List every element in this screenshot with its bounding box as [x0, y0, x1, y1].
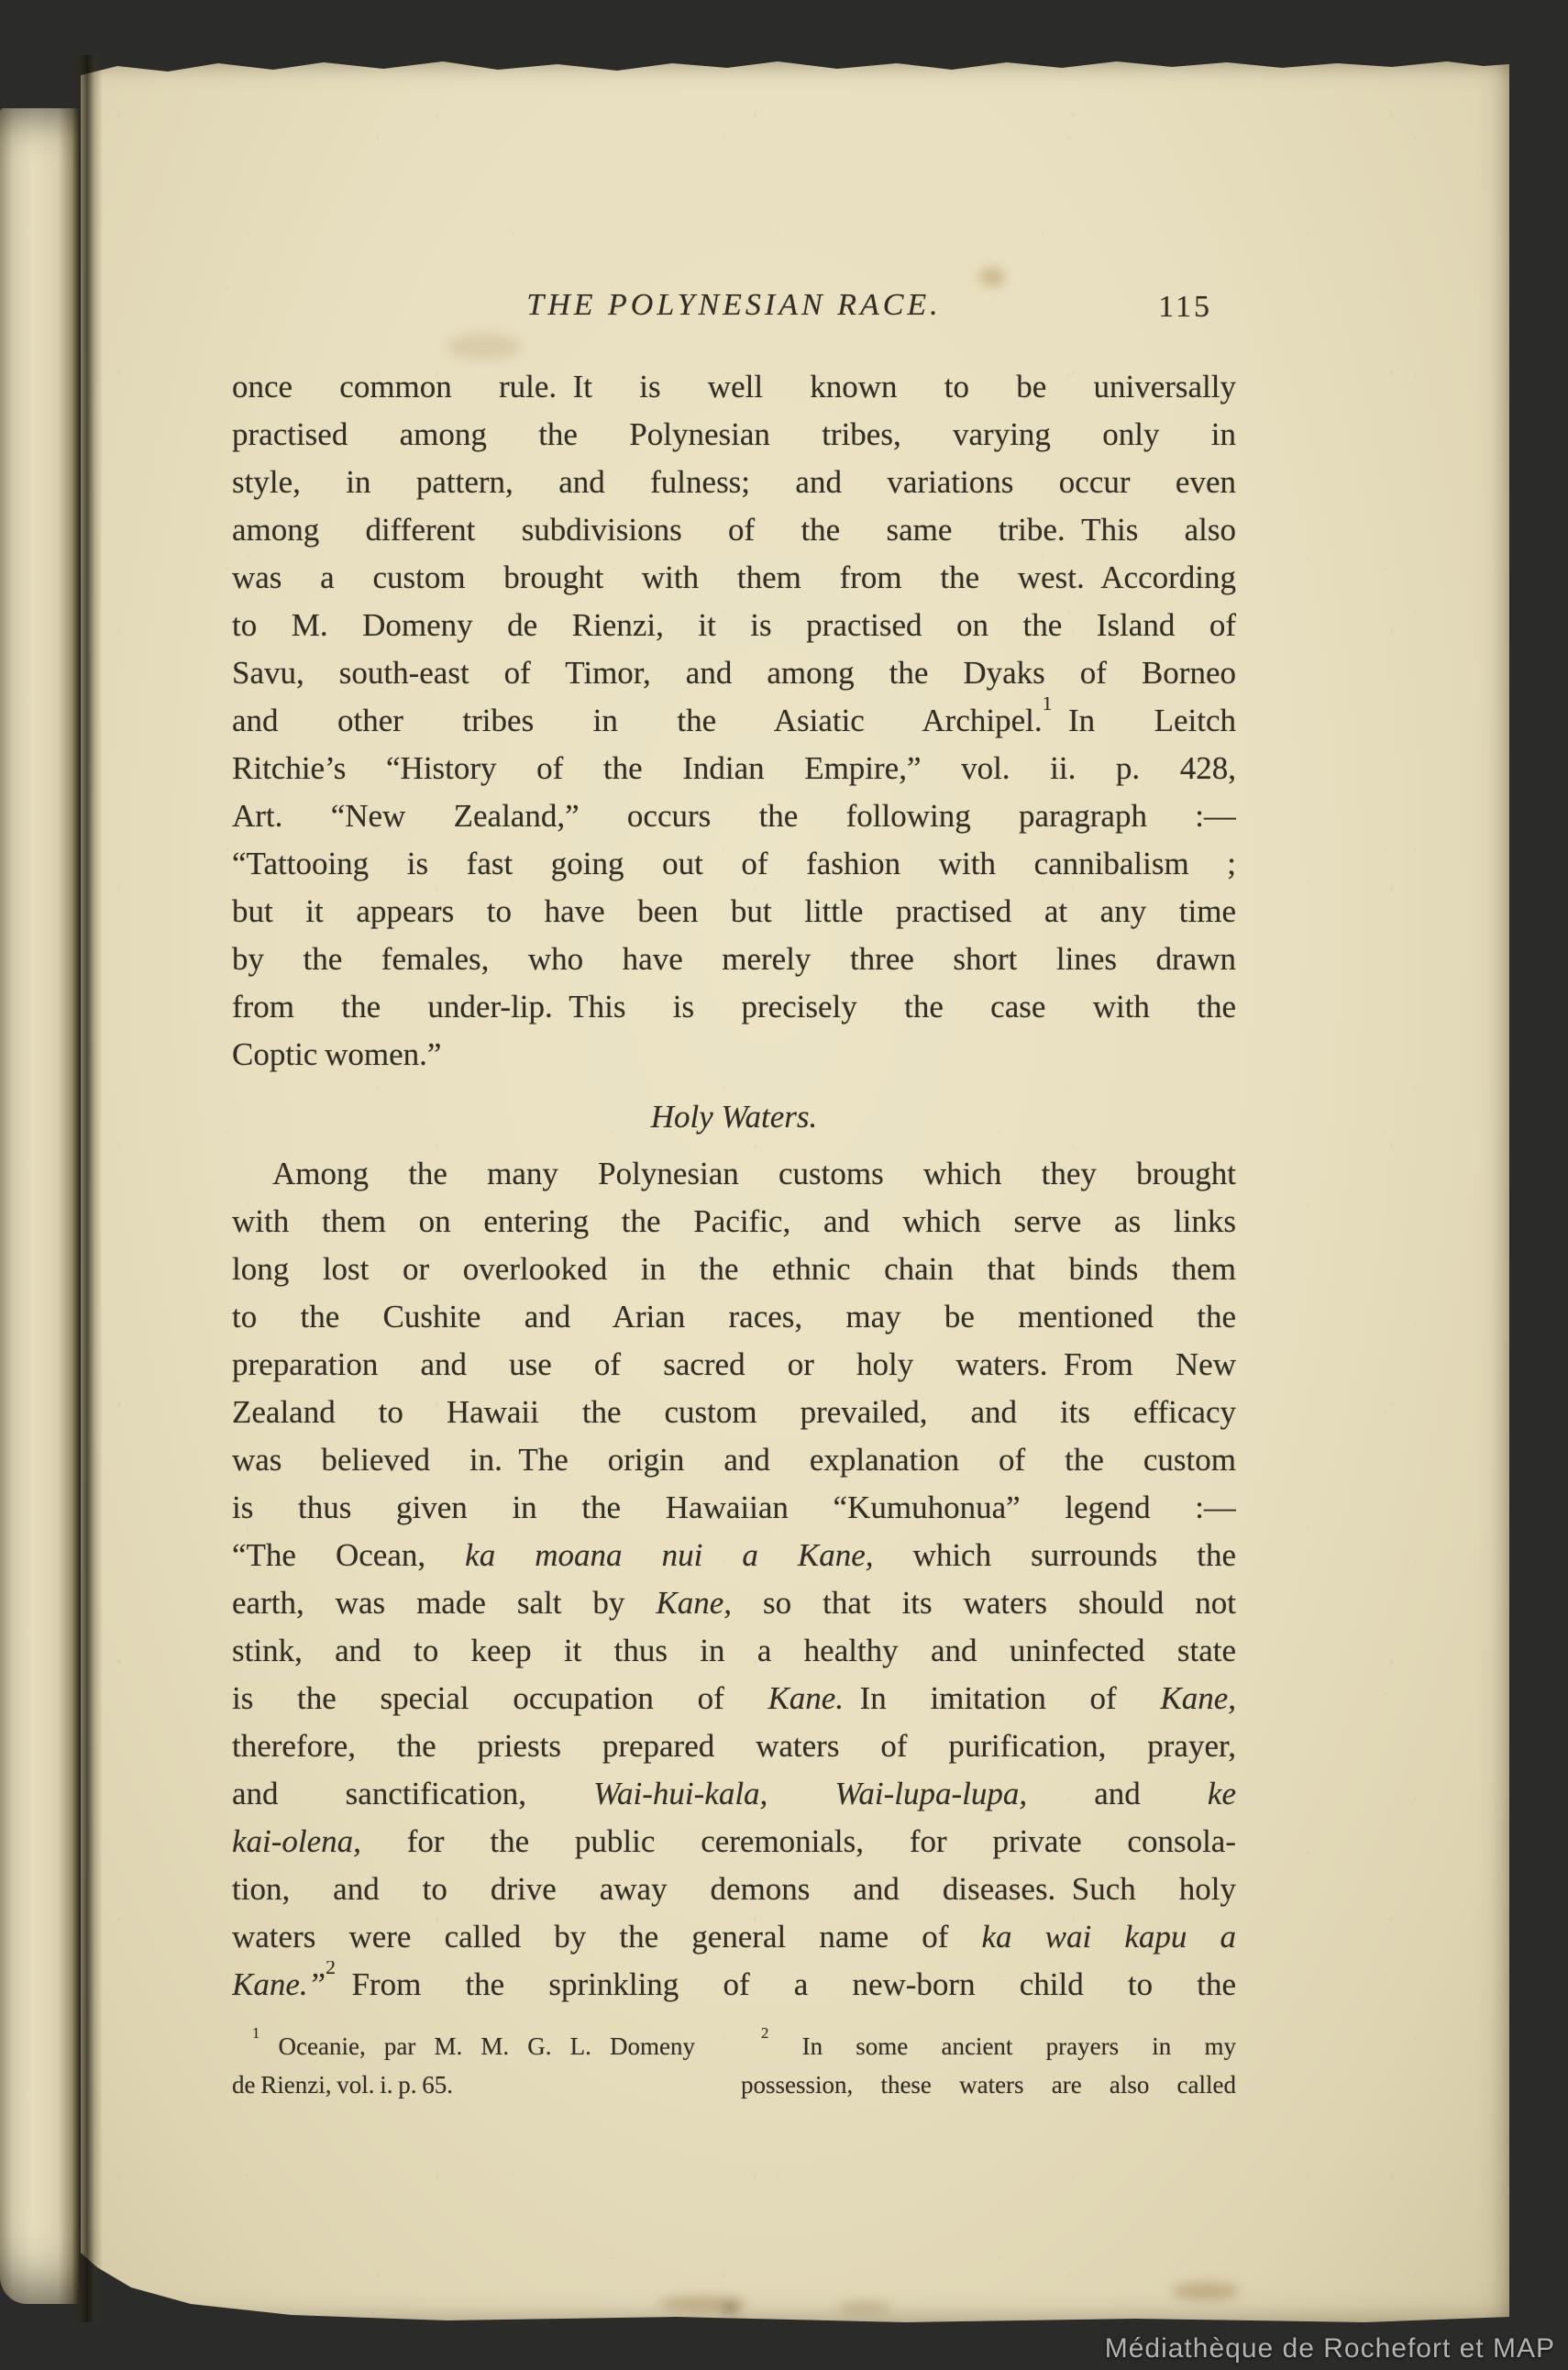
italic-term: Kane. [767, 1680, 844, 1716]
footnote-marker: 2 [326, 1961, 336, 1978]
paper-stain [1172, 2282, 1240, 2300]
italic-term: ke [1208, 1776, 1236, 1811]
text-segment: was a custom brought with them from the … [232, 559, 1236, 595]
text-segment: waters were called by the general name o… [232, 1919, 982, 1955]
text-segment: Among the many Polynesian customs which … [272, 1156, 1236, 1191]
text-segment: long lost or overlooked in the ethnic ch… [232, 1251, 1236, 1287]
text-line: earth, was made salt by Kane, so that it… [232, 1579, 1236, 1627]
text-segment: possession, these waters are also called [741, 2071, 1236, 2099]
paper-stain [836, 2302, 891, 2313]
text-segment: by the females, who have merely three sh… [232, 941, 1236, 977]
text-line: but it appears to have been but little p… [232, 888, 1236, 936]
text-line: by the females, who have merely three sh… [232, 936, 1236, 983]
text-segment: is the special occupation of [232, 1680, 767, 1716]
italic-term: kai-olena, [232, 1823, 361, 1859]
text-line: tion, and to drive away demons and disea… [232, 1866, 1236, 1913]
text-line: to the Cushite and Arian races, may be m… [232, 1293, 1236, 1341]
text-segment: to M. Domeny de Rienzi, it is practised … [232, 607, 1236, 643]
italic-term: Kane, [1160, 1680, 1236, 1716]
text-line: once common rule. It is well known to be… [232, 363, 1236, 411]
text-segment: Coptic women.” [232, 1036, 441, 1072]
text-line: kai-olena, for the public ceremonials, f… [232, 1818, 1236, 1866]
text-segment: which surrounds the [874, 1537, 1236, 1573]
paper-stain [979, 268, 1005, 286]
text-line: and sanctification, Wai-hui-kala, Wai-lu… [232, 1770, 1236, 1818]
text-line: was believed in. The origin and explanat… [232, 1436, 1236, 1484]
text-segment: Ritchie’s “History of the Indian Empire,… [232, 750, 1236, 786]
text-line: Zealand to Hawaii the custom prevailed, … [232, 1389, 1236, 1436]
text-line: to M. Domeny de Rienzi, it is practised … [232, 602, 1236, 649]
text-segment: “The Ocean, [232, 1537, 465, 1573]
text-segment: but it appears to have been but little p… [232, 893, 1236, 929]
footnote-marker: 1 [252, 2027, 259, 2042]
text-segment: Oceanie, par M. M. G. L. Domeny [259, 2032, 695, 2060]
text-line: waters were called by the general name o… [232, 1913, 1236, 1961]
paragraph-holy-waters: Among the many Polynesian customs which … [232, 1150, 1236, 2009]
text-line: 1 Oceanie, par M. M. G. L. Domeny [232, 2027, 695, 2065]
footnotes: 1 Oceanie, par M. M. G. L. Domenyde Rien… [232, 2027, 1236, 2104]
text-line: Art. “New Zealand,” occurs the following… [232, 792, 1236, 840]
text-segment: de Rienzi, vol. i. p. 65. [232, 2071, 453, 2099]
running-header-title: THE POLYNESIAN RACE. [232, 288, 1236, 323]
text-segment: stink, and to keep it thus in a healthy … [232, 1633, 1236, 1668]
text-line: de Rienzi, vol. i. p. 65. [232, 2065, 695, 2104]
text-segment: to the Cushite and Arian races, may be m… [232, 1299, 1236, 1335]
footnote-2: 2 In some ancient prayers in mypossessio… [741, 2027, 1236, 2104]
text-segment: “Tattooing is fast going out of fashion … [232, 846, 1236, 881]
text-line: practised among the Polynesian tribes, v… [232, 411, 1236, 459]
text-line: long lost or overlooked in the ethnic ch… [232, 1246, 1236, 1293]
text-segment: In imitation of [844, 1680, 1160, 1716]
text-line: preparation and use of sacred or holy wa… [232, 1341, 1236, 1389]
text-segment: In some ancient prayers in my [768, 2032, 1236, 2060]
section-heading: Holy Waters. [232, 1093, 1236, 1141]
library-watermark: Médiathèque de Rochefort et MAP [1105, 2333, 1555, 2364]
italic-term: Kane.” [232, 1966, 326, 2002]
text-segment [767, 1776, 834, 1811]
text-segment: was believed in. The origin and explanat… [232, 1442, 1236, 1478]
italic-term: Wai-lupa-lupa, [834, 1776, 1027, 1811]
text-line: is thus given in the Hawaiian “Kumuhonua… [232, 1484, 1236, 1532]
text-segment: From the sprinkling of a new-born child … [336, 1966, 1236, 2002]
text-segment: earth, was made salt by [232, 1585, 656, 1621]
book-page: THE POLYNESIAN RACE. 115 once common rul… [81, 59, 1509, 2322]
text-line: Ritchie’s “History of the Indian Empire,… [232, 745, 1236, 792]
paragraph-tattooing: once common rule. It is well known to be… [232, 363, 1236, 1079]
text-line: and other tribes in the Asiatic Archipel… [232, 697, 1236, 745]
italic-term: Wai-hui-kala, [593, 1776, 767, 1811]
text-line: stink, and to keep it thus in a healthy … [232, 1627, 1236, 1675]
text-segment: practised among the Polynesian tribes, v… [232, 416, 1236, 452]
paper-stain [723, 2304, 737, 2313]
page-text-column: THE POLYNESIAN RACE. 115 once common rul… [232, 288, 1236, 2104]
text-segment: once common rule. It is well known to be… [232, 369, 1236, 404]
text-segment: In Leitch [1052, 703, 1236, 738]
text-line: Coptic women.” [232, 1031, 1236, 1079]
text-line: among different subdivisions of the same… [232, 506, 1236, 554]
text-line: style, in pattern, and fulness; and vari… [232, 459, 1236, 506]
footnote-marker: 2 [761, 2027, 768, 2042]
running-header: THE POLYNESIAN RACE. 115 [232, 288, 1236, 332]
text-segment: with them on entering the Pacific, and w… [232, 1203, 1236, 1239]
text-line: was a custom brought with them from the … [232, 554, 1236, 602]
text-segment: is thus given in the Hawaiian “Kumuhonua… [232, 1490, 1236, 1525]
text-segment: tion, and to drive away demons and disea… [232, 1871, 1236, 1907]
text-line: from the under-lip. This is precisely th… [232, 983, 1236, 1031]
text-line: possession, these waters are also called [741, 2065, 1236, 2104]
text-line: Among the many Polynesian customs which … [232, 1150, 1236, 1198]
italic-term: Kane, [656, 1585, 732, 1621]
text-segment: so that its waters should not [732, 1585, 1236, 1621]
text-segment: preparation and use of sacred or holy wa… [232, 1346, 1236, 1382]
text-segment: for the public ceremonials, for private … [361, 1823, 1236, 1859]
italic-term: ka wai kapu a [982, 1919, 1236, 1955]
text-segment: therefore, the priests prepared waters o… [232, 1728, 1236, 1764]
text-segment: style, in pattern, and fulness; and vari… [232, 464, 1236, 500]
text-segment: and sanctification, [232, 1776, 593, 1811]
footnote-1: 1 Oceanie, par M. M. G. L. Domenyde Rien… [232, 2027, 695, 2104]
text-line: Savu, south-east of Timor, and among the… [232, 649, 1236, 697]
paper-stain [658, 2297, 746, 2311]
text-line: with them on entering the Pacific, and w… [232, 1198, 1236, 1246]
text-line: 2 In some ancient prayers in my [741, 2027, 1236, 2065]
text-segment: Art. “New Zealand,” occurs the following… [232, 798, 1236, 834]
text-segment: among different subdivisions of the same… [232, 512, 1236, 548]
page-number: 115 [1158, 290, 1212, 325]
text-line: “Tattooing is fast going out of fashion … [232, 840, 1236, 888]
text-segment: and [1027, 1776, 1208, 1811]
text-line: therefore, the priests prepared waters o… [232, 1722, 1236, 1770]
book-page-stack-edge [0, 108, 79, 2304]
text-line: “The Ocean, ka moana nui a Kane, which s… [232, 1532, 1236, 1579]
text-line: Kane.”2 From the sprinkling of a new-bor… [232, 1961, 1236, 2009]
text-segment: Zealand to Hawaii the custom prevailed, … [232, 1394, 1236, 1430]
text-segment: Savu, south-east of Timor, and among the… [232, 655, 1236, 691]
italic-term: ka moana nui a Kane, [465, 1537, 873, 1573]
scanned-book-photo: THE POLYNESIAN RACE. 115 once common rul… [0, 0, 1568, 2370]
text-line: is the special occupation of Kane. In im… [232, 1675, 1236, 1722]
footnote-marker: 1 [1043, 697, 1053, 714]
text-segment: from the under-lip. This is precisely th… [232, 989, 1236, 1024]
text-segment: and other tribes in the Asiatic Archipel… [232, 703, 1043, 738]
